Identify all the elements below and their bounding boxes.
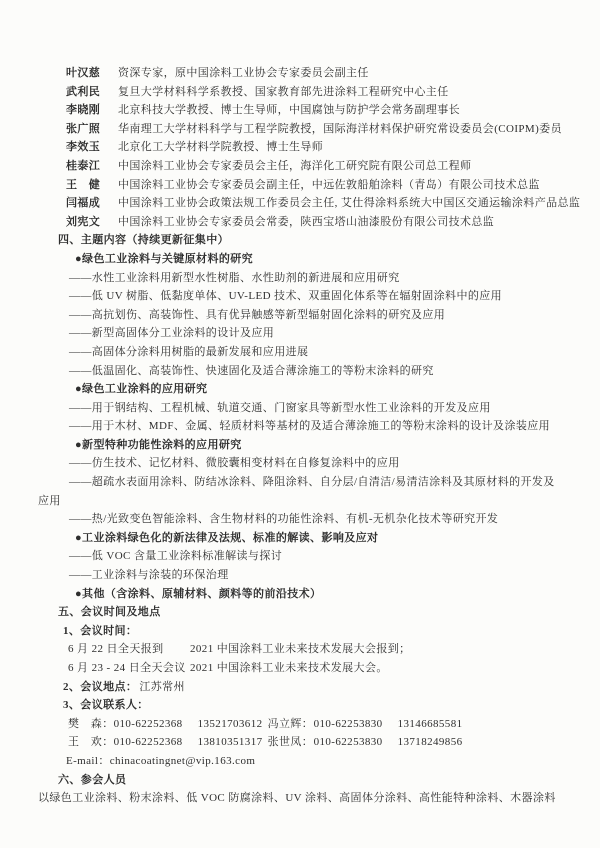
expert-name: 李效玉	[66, 138, 118, 157]
expert-name: 王 健	[66, 176, 118, 195]
contact-phone-2: 010-62253830	[314, 715, 398, 734]
expert-name: 李晓刚	[66, 101, 118, 120]
contact-phone: 010-62252368	[114, 733, 198, 752]
topic-item: ——热/光致变色智能涂料、含生物材料的功能性涂料、有机-无机杂化技术等研究开发	[38, 510, 570, 529]
expert-name: 刘宪文	[66, 213, 118, 232]
topic-item: ——低 VOC 含量工业涂料标准解读与探讨	[38, 547, 570, 566]
contact-mobile: 13810351317	[198, 733, 268, 752]
contact-phone: 010-62252368	[114, 715, 198, 734]
topic-item: ——低 UV 树脂、低黏度单体、UV-LED 技术、双重固化体系等在辐射固涂料中…	[38, 287, 570, 306]
meeting-time-label: 1、会议时间：	[38, 622, 570, 641]
schedule-date: 6 月 23 - 24 日全天会议	[68, 659, 190, 678]
meeting-location-label: 2、会议地点：	[63, 678, 137, 697]
schedule-row: 6 月 22 日全天报到 2021 中国涂料工业未来技术发展大会报到；	[38, 640, 570, 659]
email-label: E-mail：	[66, 752, 110, 771]
section-heading-attendees: 六、参会人员	[38, 771, 570, 790]
expert-row: 闫福成 中国涂料工业协会政策法规工作委员会主任, 艾仕得涂料系统大中国区交通运输…	[38, 194, 570, 213]
expert-name: 武利民	[66, 83, 118, 102]
expert-name: 桂泰江	[66, 157, 118, 176]
topic-item: ——仿生技术、记忆材料、微胶囊相变材料在自修复涂料中的应用	[38, 454, 570, 473]
topic-list: ●绿色工业涂料与关键原材料的研究 ——水性工业涂料用新型水性树脂、水性助剂的新进…	[38, 250, 570, 603]
contact-name-2: 张世凤：	[268, 733, 314, 752]
topic-item: ——低温固化、高装饰性、快速固化及适合薄涂施工的等粉末涂料的研究	[38, 362, 570, 381]
expert-name: 闫福成	[66, 194, 118, 213]
topic-item: ——新型高固体分工业涂料的设计及应用	[38, 324, 570, 343]
expert-list: 叶汉慈 资深专家，原中国涂料工业协会专家委员会副主任 武利民 复旦大学材料科学系…	[38, 64, 570, 231]
expert-row: 桂泰江 中国涂料工业协会专家委员会主任，海洋化工研究院有限公司总工程师	[38, 157, 570, 176]
expert-row: 李晓刚 北京科技大学教授、博士生导师，中国腐蚀与防护学会常务副理事长	[38, 101, 570, 120]
topic-item: ——水性工业涂料用新型水性树脂、水性助剂的新进展和应用研究	[38, 269, 570, 288]
expert-title: 华南理工大学材料科学与工程学院教授，国际海洋材料保护研究常设委员会(COIPM)…	[118, 120, 562, 139]
expert-row: 张广照 华南理工大学材料科学与工程学院教授，国际海洋材料保护研究常设委员会(CO…	[38, 120, 570, 139]
topic-item: ●其他（含涂料、原辅材料、颜料等的前沿技术）	[38, 585, 570, 604]
expert-name: 叶汉慈	[66, 64, 118, 83]
expert-row: 王 健 中国涂料工业协会专家委员会副主任，中远佐敦船舶涂料（青岛）有限公司技术总…	[38, 176, 570, 195]
contact-phone-2: 010-62253830	[314, 733, 398, 752]
schedule-list: 6 月 22 日全天报到 2021 中国涂料工业未来技术发展大会报到； 6 月 …	[38, 640, 570, 677]
section-heading-meeting: 五、会议时间及地点	[38, 603, 570, 622]
email-value: chinacoatingnet@vip.163.com	[110, 752, 256, 771]
topic-item: ——用于木材、MDF、金属、轻质材料等基材的及适合薄涂施工的等粉末涂料的设计及涂…	[38, 417, 570, 436]
topic-item: ——用于钢结构、工程机械、轨道交通、门窗家具等新型水性工业涂料的开发及应用	[38, 399, 570, 418]
contact-mobile: 13521703612	[198, 715, 268, 734]
meeting-location-row: 2、会议地点： 江苏常州	[38, 678, 570, 697]
expert-title: 北京化工大学材料学院教授、博士生导师	[118, 138, 323, 157]
schedule-description: 2021 中国涂料工业未来技术发展大会。	[190, 659, 388, 678]
schedule-description: 2021 中国涂料工业未来技术发展大会报到；	[190, 640, 411, 659]
meeting-contacts-label: 3、会议联系人：	[38, 696, 570, 715]
topic-item: ●工业涂料绿色化的新法律及法规、标准的解读、影响及应对	[38, 529, 570, 548]
topic-item: ——高固体分涂料用树脂的最新发展和应用进展	[38, 343, 570, 362]
contact-list: 樊 森： 010-62252368 13521703612 冯立辉： 010-6…	[38, 715, 570, 752]
schedule-date: 6 月 22 日全天报到	[68, 640, 190, 659]
attendees-text: 以绿色工业涂料、粉末涂料、低 VOC 防腐涂料、UV 涂料、高固体分涂料、高性能…	[38, 789, 570, 808]
contact-row: 王 欢： 010-62252368 13810351317 张世凤： 010-6…	[38, 733, 570, 752]
expert-row: 叶汉慈 资深专家，原中国涂料工业协会专家委员会副主任	[38, 64, 570, 83]
expert-row: 武利民 复旦大学材料科学系教授、国家教育部先进涂料工程研究中心主任	[38, 83, 570, 102]
contact-mobile-2: 13146685581	[398, 715, 463, 734]
expert-title: 中国涂料工业协会专家委员会常委，陕西宝塔山油漆股份有限公司技术总监	[118, 213, 494, 232]
topic-item: ——超疏水表面用涂料、防结冰涂料、降阻涂料、自分层/自清洁/易清洁涂料及其原材料…	[38, 473, 570, 492]
expert-row: 李效玉 北京化工大学材料学院教授、博士生导师	[38, 138, 570, 157]
contact-row: 樊 森： 010-62252368 13521703612 冯立辉： 010-6…	[38, 715, 570, 734]
expert-title: 北京科技大学教授、博士生导师，中国腐蚀与防护学会常务副理事长	[118, 101, 460, 120]
topic-item: ●绿色工业涂料与关键原材料的研究	[38, 250, 570, 269]
topic-item: ●新型特种功能性涂料的应用研究	[38, 436, 570, 455]
expert-row: 刘宪文 中国涂料工业协会专家委员会常委，陕西宝塔山油漆股份有限公司技术总监	[38, 213, 570, 232]
email-row: E-mail： chinacoatingnet@vip.163.com	[38, 752, 570, 771]
contact-name-2: 冯立辉：	[268, 715, 314, 734]
schedule-row: 6 月 23 - 24 日全天会议 2021 中国涂料工业未来技术发展大会。	[38, 659, 570, 678]
meeting-location-value: 江苏常州	[139, 678, 185, 697]
topic-item: ——工业涂料与涂装的环保治理	[38, 566, 570, 585]
contact-name: 樊 森：	[68, 715, 114, 734]
expert-title: 中国涂料工业协会专家委员会主任，海洋化工研究院有限公司总工程师	[118, 157, 471, 176]
expert-title: 中国涂料工业协会专家委员会副主任，中远佐敦船舶涂料（青岛）有限公司技术总监	[118, 176, 540, 195]
document-page: 叶汉慈 资深专家，原中国涂料工业协会专家委员会副主任 武利民 复旦大学材料科学系…	[0, 0, 600, 848]
contact-mobile-2: 13718249856	[398, 733, 463, 752]
expert-title: 资深专家，原中国涂料工业协会专家委员会副主任	[118, 64, 369, 83]
topic-item: ●绿色工业涂料的应用研究	[38, 380, 570, 399]
section-heading-topics: 四、主题内容（持续更新征集中）	[38, 231, 570, 250]
contact-name: 王 欢：	[68, 733, 114, 752]
topic-item: 应用	[38, 492, 570, 511]
expert-title: 复旦大学材料科学系教授、国家教育部先进涂料工程研究中心主任	[118, 83, 449, 102]
expert-name: 张广照	[66, 120, 118, 139]
expert-title: 中国涂料工业协会政策法规工作委员会主任, 艾仕得涂料系统大中国区交通运输涂料产品…	[118, 194, 580, 213]
topic-item: ——高抗划伤、高装饰性、具有优异触感等新型辐射固化涂料的研究及应用	[38, 306, 570, 325]
